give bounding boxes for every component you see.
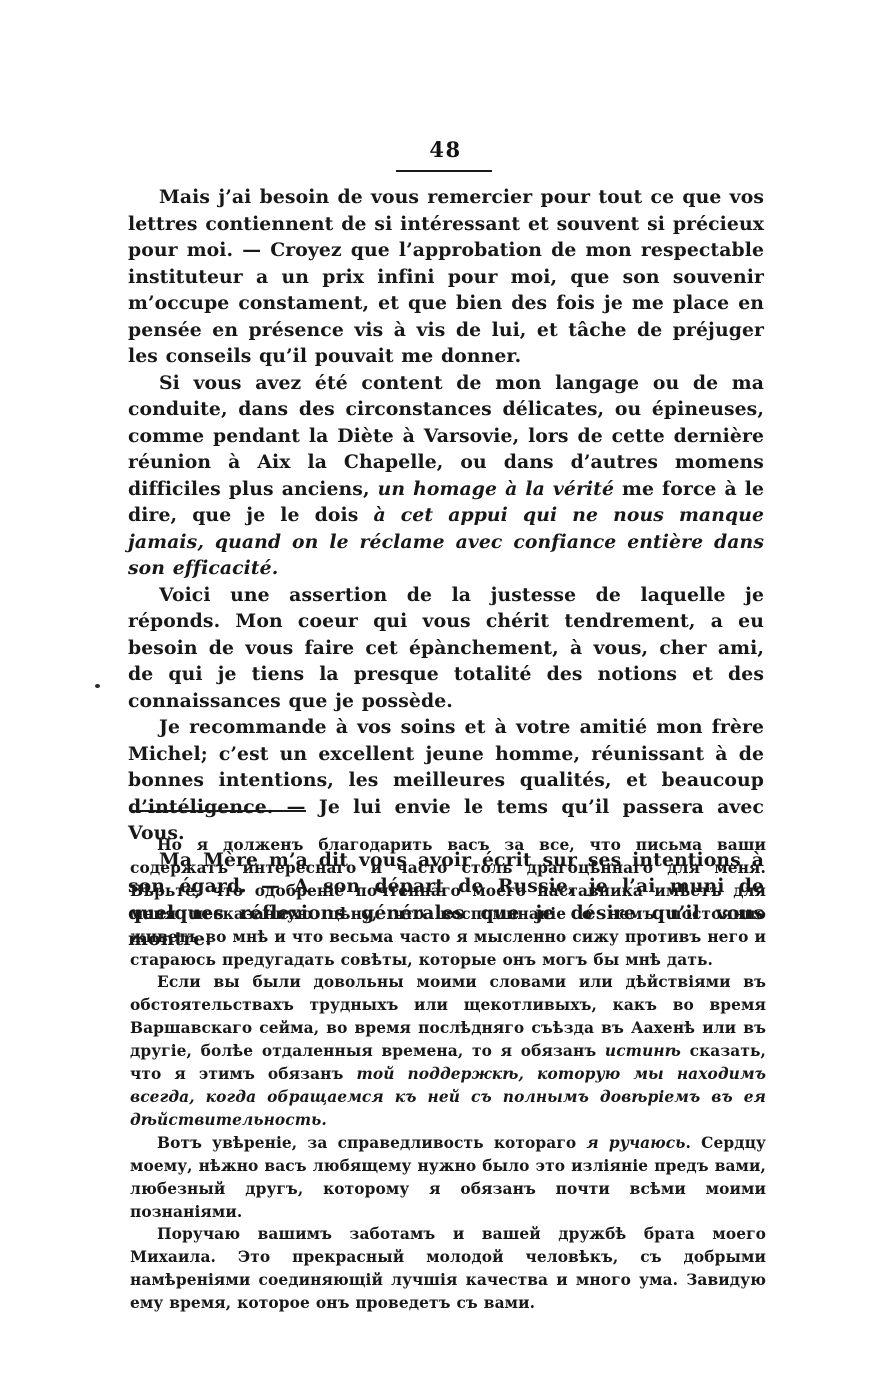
french-paragraph-2: Si vous avez été content de mon langage … xyxy=(128,370,764,582)
russian-paragraph-1: Но я долженъ благодарить васъ за все, чт… xyxy=(130,834,766,971)
text-run: Но я долженъ благодарить васъ за все, чт… xyxy=(130,836,766,969)
page-number: 48 xyxy=(128,137,763,162)
text-run: Вотъ увѣреніе, за справедливость котораг… xyxy=(157,1134,586,1152)
text-run: Mais j’ai besoin de vous remercier pour … xyxy=(128,186,764,367)
ink-speck xyxy=(95,684,100,688)
french-paragraph-1: Mais j’ai besoin de vous remercier pour … xyxy=(128,184,764,370)
text-run-italic: un homage à la vérité xyxy=(378,478,614,500)
russian-paragraph-3: Вотъ увѣреніе, за справедливость котораг… xyxy=(130,1132,766,1224)
french-paragraph-3: Voici une assertion de la justesse de la… xyxy=(128,582,764,715)
text-run: Voici une assertion de la justesse de la… xyxy=(128,584,764,712)
page-number-rule xyxy=(396,170,492,172)
text-run-italic: я ручаюсь xyxy=(586,1134,685,1152)
russian-paragraph-4: Поручаю вашимъ заботамъ и вашей дружбѣ б… xyxy=(130,1223,766,1315)
footnote-separator-rule xyxy=(130,810,306,812)
french-paragraph-4: Je recommande à vos soins et à votre ami… xyxy=(128,714,764,847)
russian-paragraph-2: Если вы были довольны моими словами или … xyxy=(130,971,766,1131)
text-run: Je recommande à vos soins et à votre ami… xyxy=(128,716,764,844)
text-run: Поручаю вашимъ заботамъ и вашей дружбѣ б… xyxy=(130,1225,766,1312)
text-run-italic: истинѣ xyxy=(605,1042,681,1060)
footnote-text-russian: Но я долженъ благодарить васъ за все, чт… xyxy=(130,834,766,1315)
